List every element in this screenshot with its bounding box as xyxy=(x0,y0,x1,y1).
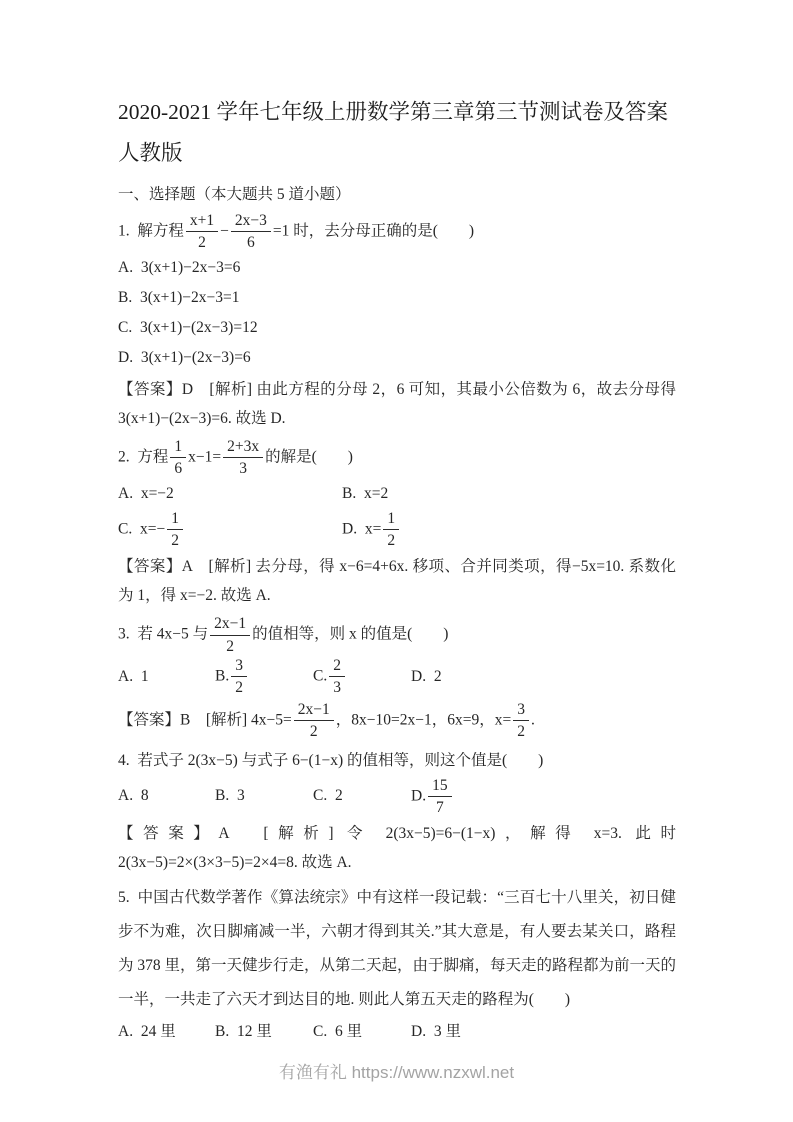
question-1-option-d: D. 3(x+1)−(2x−3)=6 xyxy=(118,343,676,373)
question-3-option-a: A. 1 xyxy=(118,662,215,692)
question-2-option-a: A. x=−2 xyxy=(118,479,342,509)
question-1-option-a: A. 3(x+1)−2x−3=6 xyxy=(118,253,676,283)
question-3: 3. 若 4x−5 与2x−12的值相等，则 x 的值是( ) A. 1 B.3… xyxy=(118,614,676,741)
question-3-option-b: B.32 xyxy=(215,656,313,698)
question-4-option-c: C. 2 xyxy=(313,781,411,811)
question-1-option-c: C. 3(x+1)−(2x−3)=12 xyxy=(118,313,676,343)
question-5-option-d: D. 3 里 xyxy=(411,1017,676,1047)
question-2-option-c: C. x=−12 xyxy=(118,509,342,551)
question-4-option-d: D.157 xyxy=(411,776,676,818)
section-heading: 一、选择题（本大题共 5 道小题） xyxy=(118,180,676,209)
fraction: x+12 xyxy=(186,211,218,253)
question-4: 4. 若式子 2(3x−5) 与式子 6−(1−x) 的值相等，则这个值是( )… xyxy=(118,746,676,878)
question-2-option-d: D. x=12 xyxy=(342,509,676,551)
question-4-options: A. 8 B. 3 C. 2 D.157 xyxy=(118,776,676,818)
question-3-option-c: C.23 xyxy=(313,656,411,698)
question-1-options: A. 3(x+1)−2x−3=6 B. 3(x+1)−2x−3=1 C. 3(x… xyxy=(118,253,676,373)
question-4-stem: 4. 若式子 2(3x−5) 与式子 6−(1−x) 的值相等，则这个值是( ) xyxy=(118,746,676,776)
question-2-option-b: B. x=2 xyxy=(342,479,676,509)
question-5: 5. 中国古代数学著作《算法统宗》中有这样一段记载：“三百七十八里关，初日健步不… xyxy=(118,881,676,1047)
question-4-option-a: A. 8 xyxy=(118,781,215,811)
fraction: 16 xyxy=(170,437,186,479)
fraction: 2x−36 xyxy=(231,211,271,253)
fraction: 32 xyxy=(513,700,529,742)
document-title: 2020-2021 学年七年级上册数学第三章第三节测试卷及答案人教版 xyxy=(118,92,676,174)
question-3-option-d: D. 2 xyxy=(411,662,676,692)
document-page: 2020-2021 学年七年级上册数学第三章第三节测试卷及答案人教版 一、选择题… xyxy=(0,0,793,1047)
question-5-option-b: B. 12 里 xyxy=(215,1017,313,1047)
watermark-footer: 有渔有礼 https://www.nzxwl.net xyxy=(0,1058,793,1083)
question-1-answer: 【答案】D [解析] 由此方程的分母 2，6 可知，其最小公倍数为 6，故去分母… xyxy=(118,375,676,433)
fraction: 32 xyxy=(231,656,247,698)
question-2-options: A. x=−2 B. x=2 C. x=−12 D. x=12 xyxy=(118,479,676,551)
question-1-stem: 1. 解方程x+12−2x−36=1 时，去分母正确的是( ) xyxy=(118,211,676,253)
fraction: 2x−12 xyxy=(294,700,334,742)
fraction: 2+3x3 xyxy=(223,437,263,479)
question-5-option-a: A. 24 里 xyxy=(118,1017,215,1047)
question-4-answer: 【答案】A [解析] 令 2(3x−5)=6−(1−x)，解得 x=3. 此时 … xyxy=(118,819,676,877)
question-5-stem: 5. 中国古代数学著作《算法统宗》中有这样一段记载：“三百七十八里关，初日健步不… xyxy=(118,881,676,1017)
fraction: 12 xyxy=(383,509,399,551)
fraction: 23 xyxy=(329,656,345,698)
fraction: 12 xyxy=(167,509,183,551)
question-5-option-c: C. 6 里 xyxy=(313,1017,411,1047)
fraction: 2x−12 xyxy=(210,614,250,656)
title-line-2: 人教版 xyxy=(118,133,676,174)
question-1: 1. 解方程x+12−2x−36=1 时，去分母正确的是( ) A. 3(x+1… xyxy=(118,211,676,433)
question-4-option-b: B. 3 xyxy=(215,781,313,811)
question-3-answer: 【答案】B [解析] 4x−5=2x−12，8x−10=2x−1，6x=9，x=… xyxy=(118,700,676,742)
fraction: 157 xyxy=(428,776,452,818)
question-2-answer: 【答案】A [解析] 去分母，得 x−6=4+6x. 移项、合并同类项，得−5x… xyxy=(118,552,676,610)
title-line-1: 2020-2021 学年七年级上册数学第三章第三节测试卷及答案 xyxy=(118,92,676,133)
question-2: 2. 方程16x−1=2+3x3的解是( ) A. x=−2 B. x=2 C.… xyxy=(118,437,676,611)
question-5-options: A. 24 里 B. 12 里 C. 6 里 D. 3 里 xyxy=(118,1017,676,1047)
question-3-stem: 3. 若 4x−5 与2x−12的值相等，则 x 的值是( ) xyxy=(118,614,676,656)
question-1-option-b: B. 3(x+1)−2x−3=1 xyxy=(118,283,676,313)
question-2-stem: 2. 方程16x−1=2+3x3的解是( ) xyxy=(118,437,676,479)
question-3-options: A. 1 B.32 C.23 D. 2 xyxy=(118,656,676,698)
